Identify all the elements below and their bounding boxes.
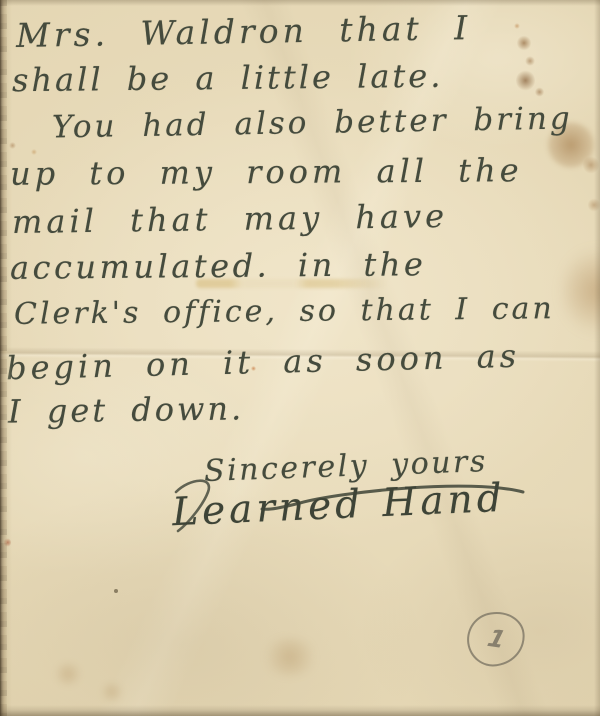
stain-dot <box>525 56 535 66</box>
top-edge-shadow <box>0 0 600 6</box>
stain-dot <box>517 35 531 51</box>
stain-dot <box>516 70 535 91</box>
handwritten-line: accumulated. in the <box>10 245 427 287</box>
handwritten-line: begin on it as soon as <box>6 337 521 388</box>
page-number: 1 <box>481 625 510 654</box>
handwritten-line: Mrs. Waldron that I <box>16 8 472 55</box>
bottom-edge-shadow <box>0 705 600 716</box>
handwritten-line: Clerk's office, so that I can <box>14 291 555 332</box>
page-number-circle: 1 <box>464 608 529 670</box>
stain-bottom <box>54 662 82 686</box>
handwritten-line: mail that may have <box>12 197 449 241</box>
handwritten-line: You had also better bring <box>52 100 573 145</box>
stain-dot <box>535 87 544 97</box>
stain-bottom <box>100 682 124 702</box>
letter-page: Mrs. Waldron that I shall be a little la… <box>0 0 600 716</box>
handwritten-line: shall be a little late. <box>12 57 444 100</box>
handwritten-line: I get down. <box>8 389 245 430</box>
stain-bottom <box>262 638 318 676</box>
right-edge-shadow <box>594 0 600 716</box>
left-edge-shadow <box>0 0 12 716</box>
stain-dot <box>514 23 520 29</box>
dark-speck <box>114 589 118 593</box>
handwritten-line: up to my room all the <box>10 151 523 193</box>
